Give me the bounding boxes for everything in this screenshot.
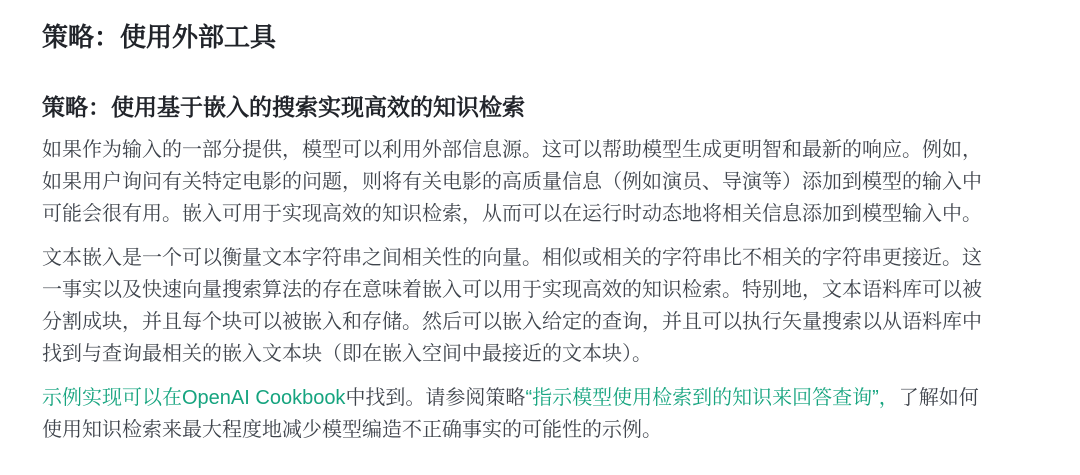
article-content: 策略：使用外部工具 策略：使用基于嵌入的搜索实现高效的知识检索 如果作为输入的一…: [42, 20, 990, 446]
article-page: 策略：使用外部工具 策略：使用基于嵌入的搜索实现高效的知识检索 如果作为输入的一…: [0, 0, 1080, 475]
openai-cookbook-link[interactable]: 示例实现可以在OpenAI Cookbook: [42, 387, 345, 409]
paragraph-text-embeddings: 文本嵌入是一个可以衡量文本字符串之间相关性的向量。相似或相关的字符串比不相关的字…: [42, 242, 990, 370]
paragraph-external-info: 如果作为输入的一部分提供，模型可以利用外部信息源。这可以帮助模型生成更明智和最新…: [42, 134, 990, 230]
paragraph-example-implementations: 示例实现可以在OpenAI Cookbook中找到。请参阅策略“指示模型使用检索…: [42, 382, 990, 446]
paragraph-3-static-text-1: 中找到。请参阅策略: [345, 387, 525, 409]
subsection-title: 策略：使用基于嵌入的搜索实现高效的知识检索: [42, 92, 990, 122]
instruct-model-strategy-link[interactable]: “指示模型使用检索到的知识来回答查询”，: [525, 387, 898, 409]
section-title: 策略：使用外部工具: [42, 20, 990, 54]
